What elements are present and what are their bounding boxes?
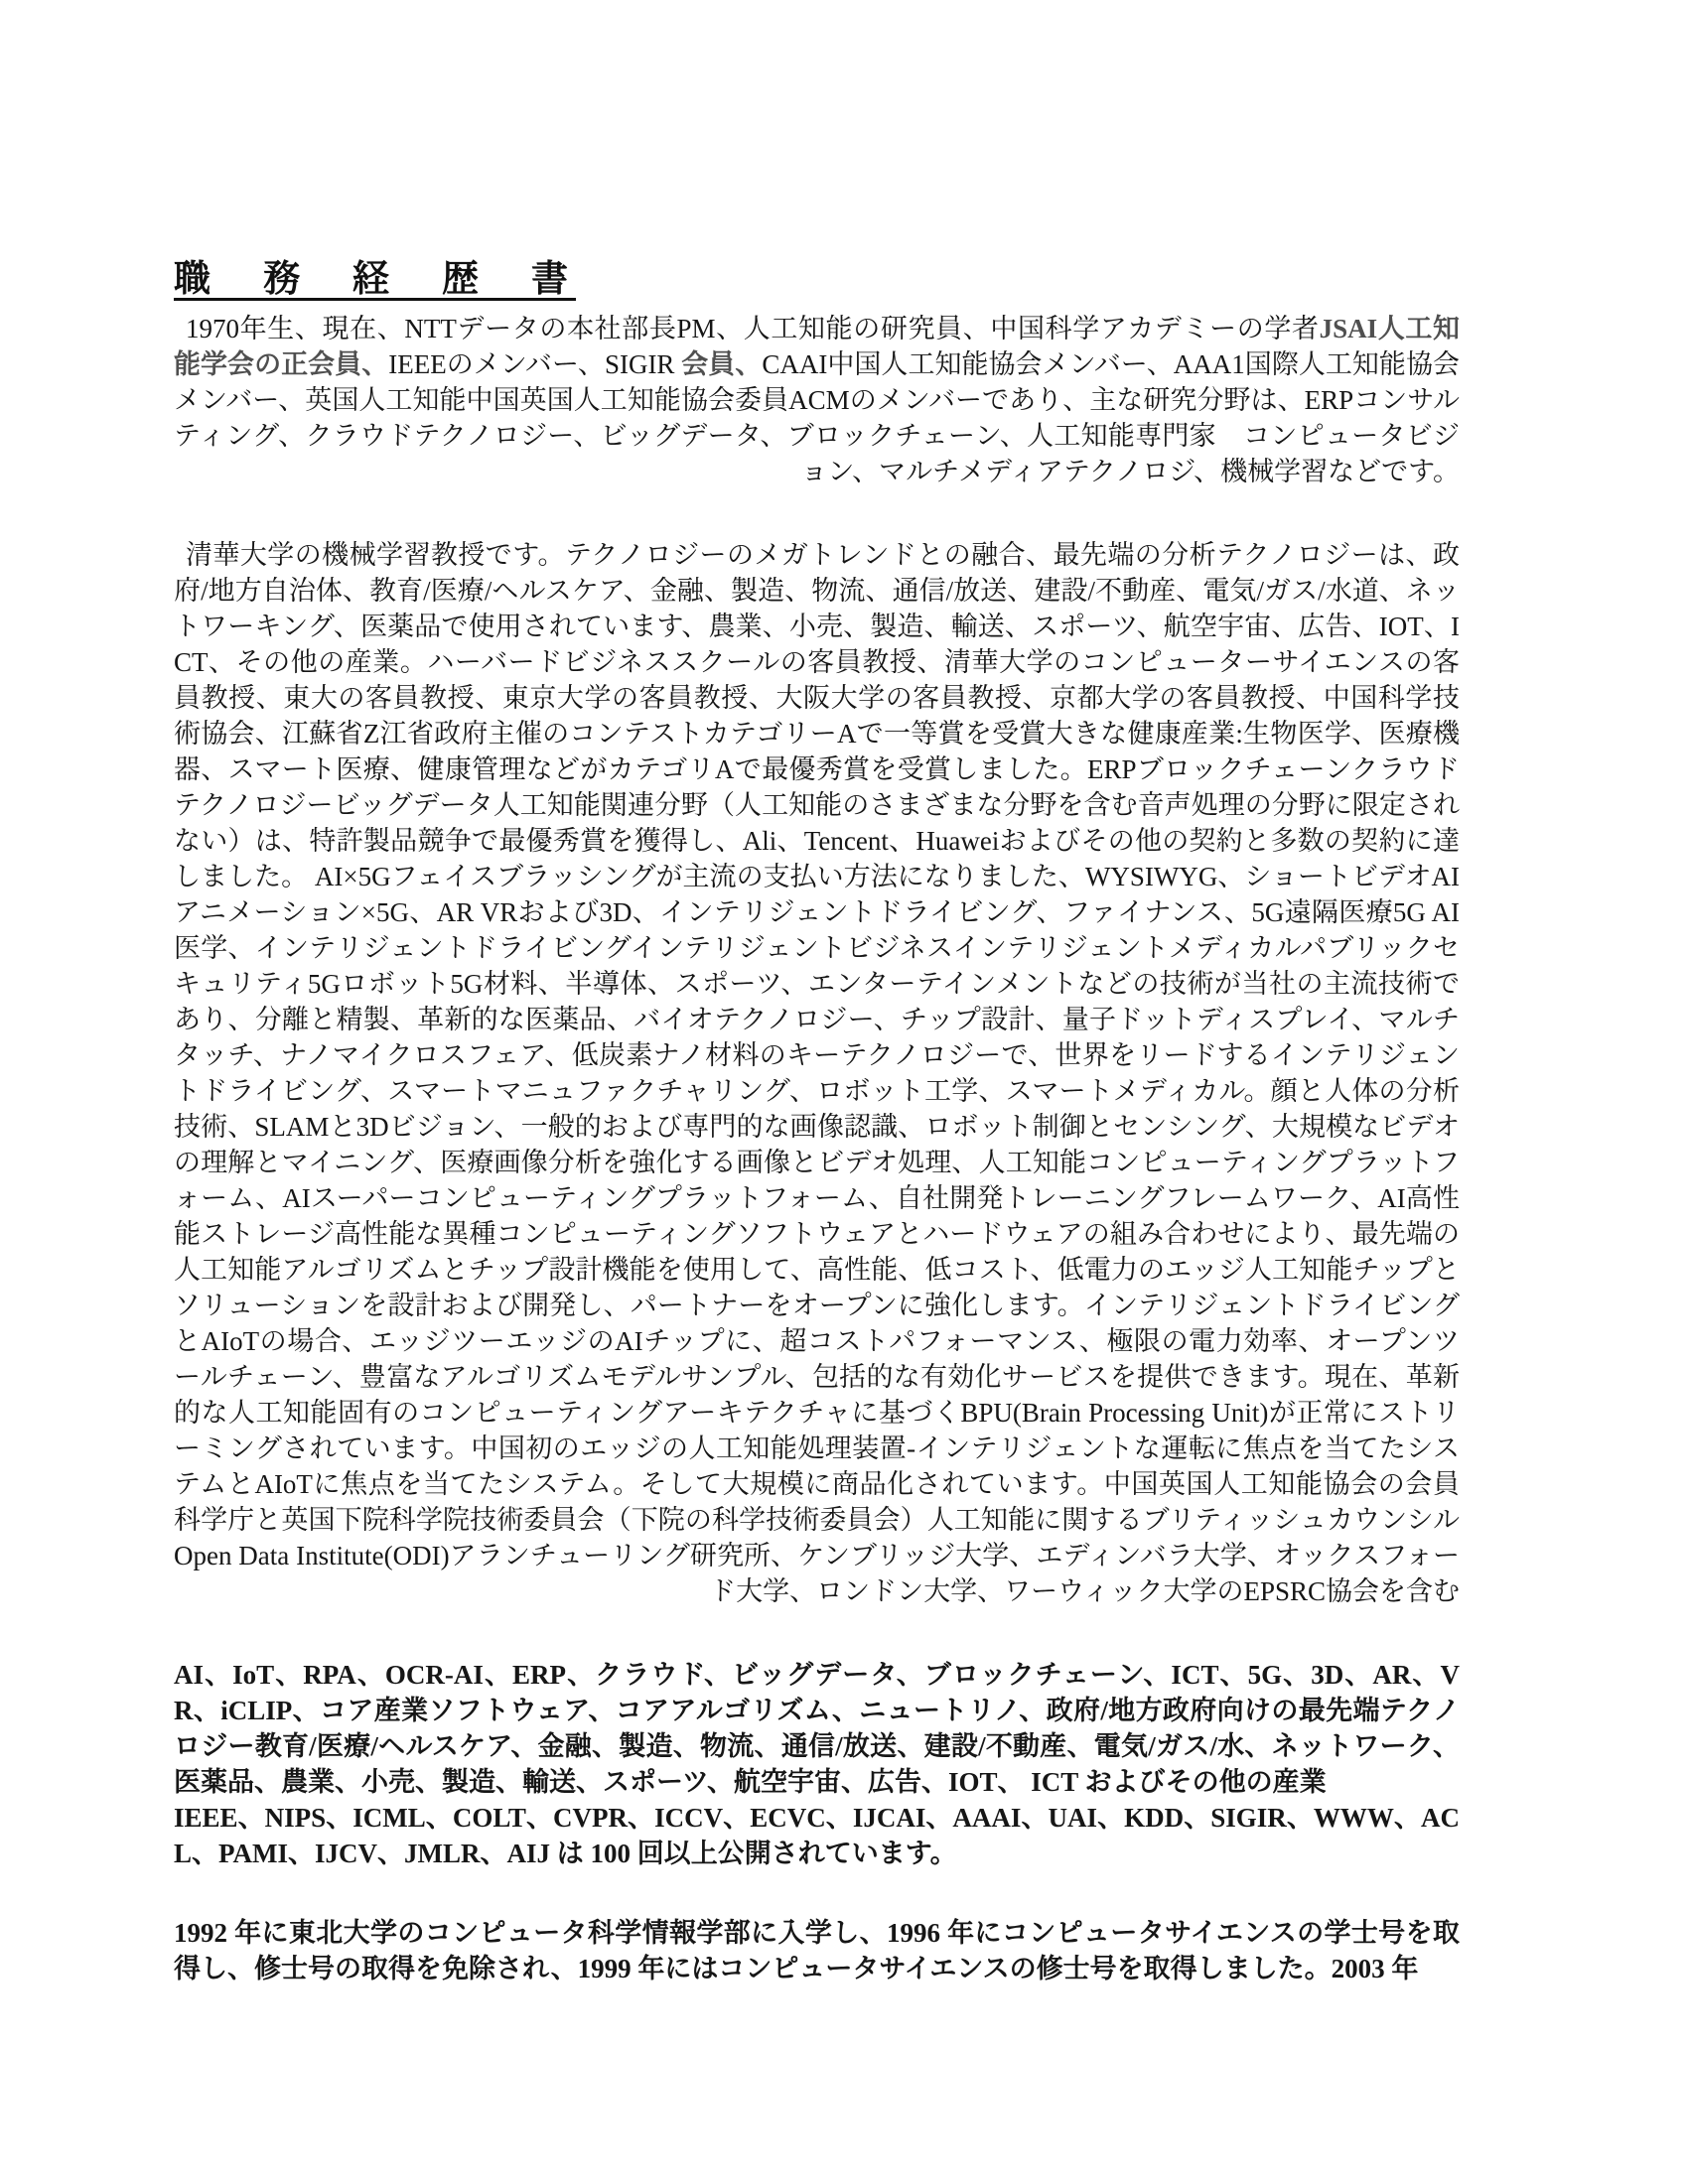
paragraph-publications: IEEE、NIPS、ICML、COLT、CVPR、ICCV、ECVC、IJCAI… xyxy=(174,1800,1460,1871)
text-segment: IEEEのメンバー、SIGIR xyxy=(388,349,681,379)
text-segment: 清華大学の機械学習教授です。テクノロジーのメガトレンドとの融合、最先端の分析テク… xyxy=(174,540,1460,1606)
highlighted-text-segment: 会員、 xyxy=(681,349,762,379)
document-page: 職 務 経 歴 書 1970年生、現在、NTTデータの本社部長PM、人工知能の研… xyxy=(0,0,1688,2184)
text-segment: 1970年生、現在、NTTデータの本社部長PM、人工知能の研究員、中国科学アカデ… xyxy=(186,314,1320,343)
paragraph-career-details: 清華大学の機械学習教授です。テクノロジーのメガトレンドとの融合、最先端の分析テク… xyxy=(174,537,1460,1609)
document-body: 1970年生、現在、NTTデータの本社部長PM、人工知能の研究員、中国科学アカデ… xyxy=(174,311,1460,1986)
text-segment: 1992 年に東北大学のコンピュータ科学情報学部に入学し、1996 年にコンピュ… xyxy=(174,1918,1460,1983)
paragraph-education: 1992 年に東北大学のコンピュータ科学情報学部に入学し、1996 年にコンピュ… xyxy=(174,1915,1460,1986)
text-segment: IEEE、NIPS、ICML、COLT、CVPR、ICCV、ECVC、IJCAI… xyxy=(174,1803,1460,1868)
page-title: 職 務 経 歴 書 xyxy=(174,260,1460,301)
paragraph-profile-summary: 1970年生、現在、NTTデータの本社部長PM、人工知能の研究員、中国科学アカデ… xyxy=(174,311,1460,489)
paragraph-technology-domains: AI、IoT、RPA、OCR-AI、ERP、クラウド、ビッグデータ、ブロックチェ… xyxy=(174,1657,1460,1800)
text-segment: AI、IoT、RPA、OCR-AI、ERP、クラウド、ビッグデータ、ブロックチェ… xyxy=(174,1660,1460,1797)
